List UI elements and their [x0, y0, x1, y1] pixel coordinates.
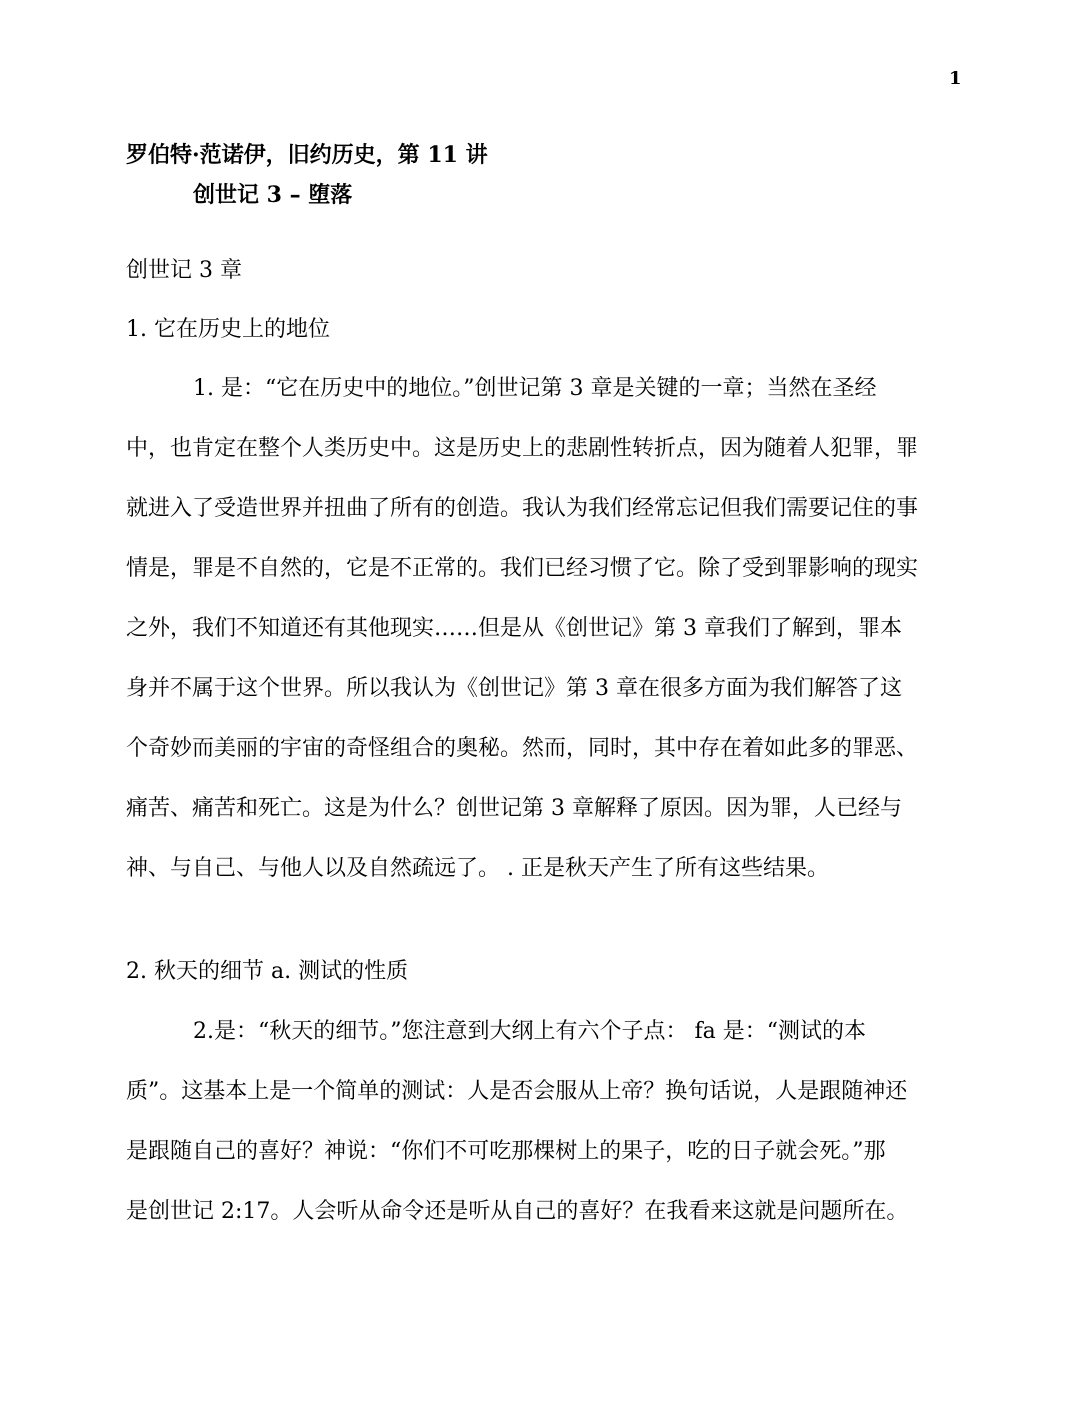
document-subtitle: 创世记 3 – 堕落	[193, 178, 352, 209]
paragraph-line: 质”。这基本上是一个简单的测试：人是否会服从上帝？换句话说，人是跟随神还	[126, 1077, 907, 1107]
paragraph-line: 2.是：“秋天的细节。”您注意到大纲上有六个子点： fa 是：“测试的本	[193, 1017, 866, 1047]
paragraph-line: 是跟随自己的喜好？神说：“你们不可吃那棵树上的果子，吃的日子就会死。”那	[126, 1137, 886, 1167]
paragraph-line: 就进入了受造世界并扭曲了所有的创造。我认为我们经常忘记但我们需要记住的事	[126, 494, 918, 524]
paragraph-line: 情是，罪是不自然的，它是不正常的。我们已经习惯了它。除了受到罪影响的现实	[126, 554, 918, 584]
outline-item-2: 2. 秋天的细节 a. 测试的性质	[126, 957, 408, 987]
paragraph-line: 痛苦、痛苦和死亡。这是为什么？创世记第 3 章解释了原因。因为罪，人已经与	[126, 794, 902, 824]
section-heading: 创世记 3 章	[126, 256, 242, 286]
paragraph-line: 是创世记 2:17。人会听从命令还是听从自己的喜好？在我看来这就是问题所在。	[126, 1197, 908, 1227]
paragraph-line: 1. 是：“它在历史中的地位。”创世记第 3 章是关键的一章；当然在圣经	[193, 374, 876, 404]
paragraph-line: 之外，我们不知道还有其他现实……但是从《创世记》第 3 章我们了解到，罪本	[126, 614, 902, 644]
page-number: 1	[949, 68, 962, 89]
paragraph-line: 神、与自己、与他人以及自然疏远了。 . 正是秋天产生了所有这些结果。	[126, 854, 829, 884]
document-title: 罗伯特·范诺伊，旧约历史，第 11 讲	[126, 138, 488, 169]
paragraph-line: 中，也肯定在整个人类历史中。这是历史上的悲剧性转折点，因为随着人犯罪，罪	[126, 434, 918, 464]
paragraph-line: 个奇妙而美丽的宇宙的奇怪组合的奥秘。然而，同时，其中存在着如此多的罪恶、	[126, 734, 918, 764]
outline-item-1: 1. 它在历史上的地位	[126, 315, 330, 345]
paragraph-line: 身并不属于这个世界。所以我认为《创世记》第 3 章在很多方面为我们解答了这	[126, 674, 902, 704]
